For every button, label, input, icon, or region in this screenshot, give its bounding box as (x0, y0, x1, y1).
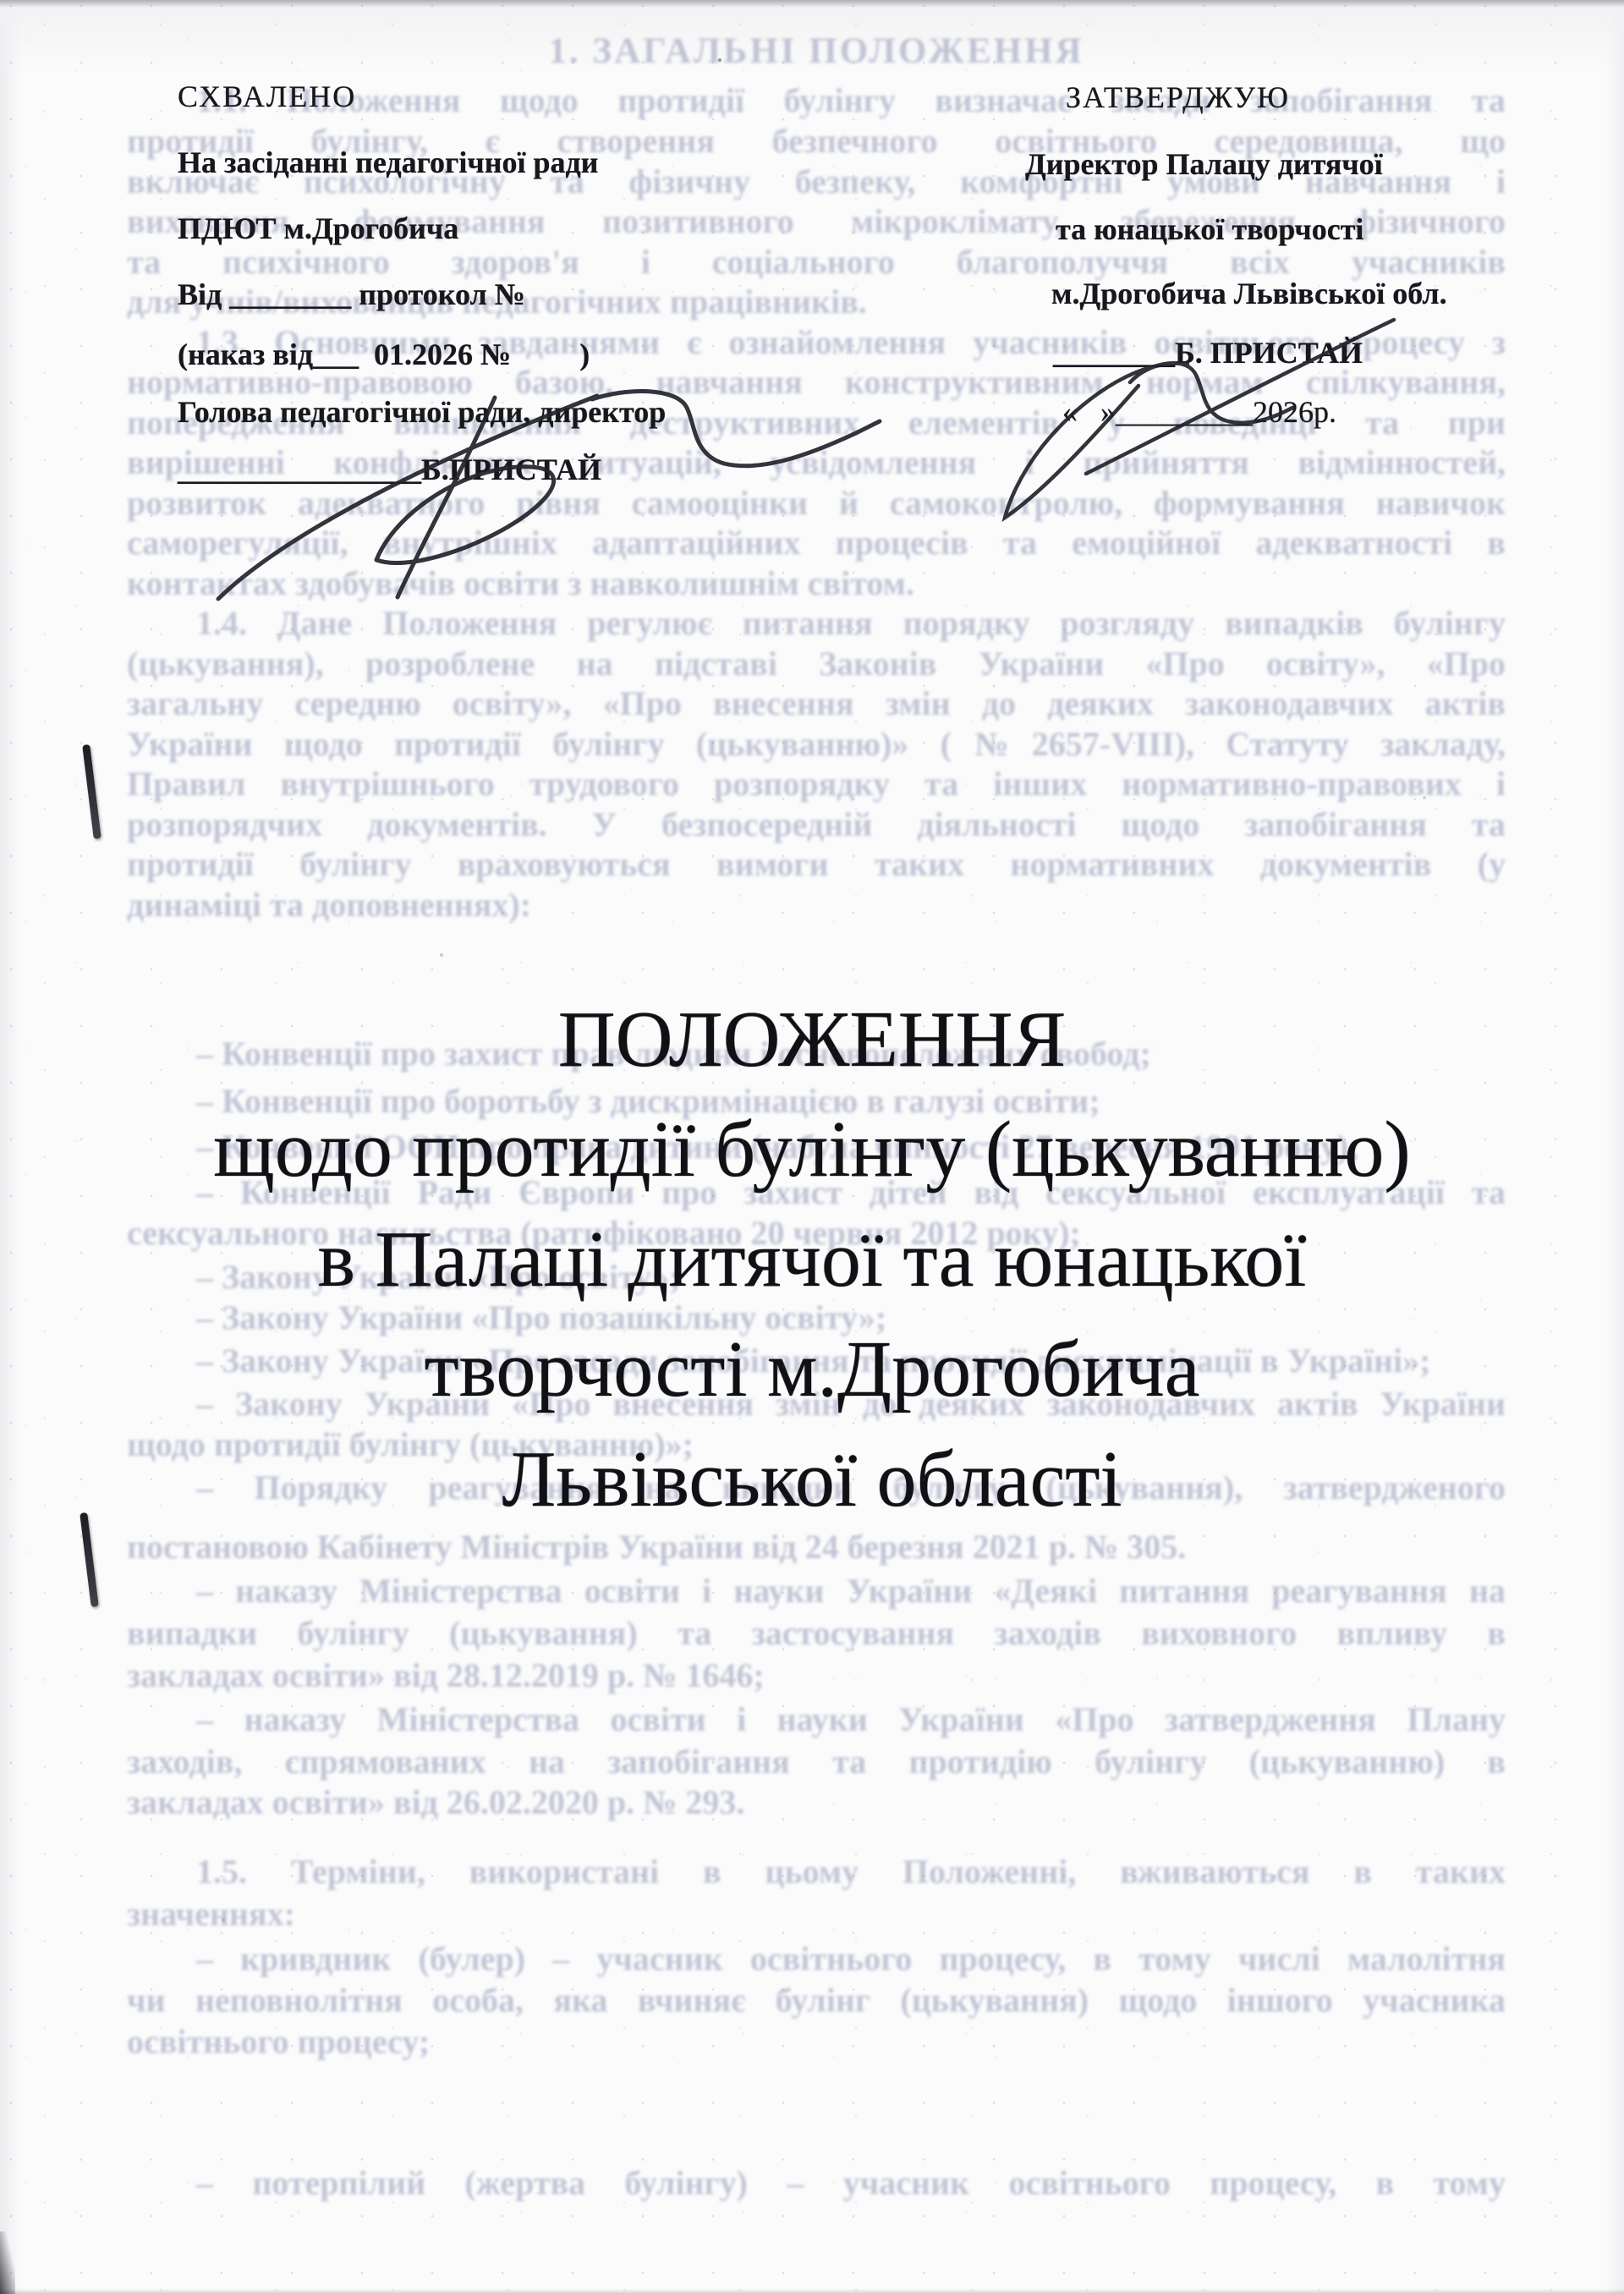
affirm-date-line: « »_________2026р. (1062, 396, 1336, 430)
affirm-signature-name: ________Б. ПРИСТАЙ (1053, 337, 1363, 370)
bleedthrough-line: випадки булінгу (цькування) та застосува… (127, 1616, 1506, 1651)
title-line: в Палаці дитячої та юнацької (0, 1220, 1624, 1299)
scan-edge-top (0, 0, 1624, 8)
bleedthrough-line: 1.4. Дане Положення регулює питання поря… (127, 606, 1506, 641)
approved-signature-name: ________________Б.ПРИСТАЙ (178, 453, 601, 487)
bleedthrough-line: закладах освіти» від 26.02.2020 р. № 293… (127, 1785, 1506, 1820)
bleedthrough-line: – наказу Міністерства освіти і науки Укр… (127, 1702, 1506, 1737)
bleedthrough-line: (цькування), розроблене на підставі Зако… (127, 646, 1506, 682)
dust-speck (222, 1918, 225, 1922)
bleedthrough-line: саморегуляції, внутрішніх адаптаційних п… (127, 525, 1506, 561)
staple-mark-bottom (80, 1512, 99, 1607)
title-line: Львівської області (0, 1440, 1624, 1519)
bleedthrough-line: 1. ЗАГАЛЬНІ ПОЛОЖЕННЯ (127, 32, 1506, 70)
dust-speck (440, 953, 443, 957)
bleedthrough-line: значеннях: (127, 1896, 1506, 1932)
approved-line-chair: Голова педагогічної ради, директор (178, 396, 666, 430)
bleedthrough-line: України щодо протидії булінгу (цькуванню… (127, 727, 1506, 762)
bleedthrough-line: – кривдник (булер) – учасник освітнього … (127, 1941, 1506, 1977)
bleedthrough-line: та психічного здоров'я і соціального бла… (127, 244, 1506, 280)
scanned-document-page: 1. ЗАГАЛЬНІ ПОЛОЖЕННЯ1.1. Положення щодо… (0, 0, 1624, 2294)
bleedthrough-line: чи неповнолітня особа, яка вчиняє булінг… (127, 1983, 1506, 2018)
bleedthrough-line: загальну середню освіту», «Про внесення … (127, 686, 1506, 722)
affirm-line-creativity: та юнацької творчості (1056, 213, 1363, 247)
approved-line-protocol: Від ________ протокол № (178, 278, 525, 312)
title-line: творчості м.Дрогобича (0, 1330, 1624, 1409)
affirm-label: ЗАТВЕРДЖУЮ (1066, 81, 1290, 115)
bleedthrough-line: динаміці та доповненнях): (127, 887, 1506, 923)
scan-edge-bottom (0, 2289, 1624, 2294)
staple-mark-top (82, 744, 101, 839)
approved-line-council: На засіданні педагогічної ради (178, 146, 598, 180)
dust-speck (1423, 796, 1426, 799)
bleedthrough-line: розпорядчих документів. У безпосередній … (127, 807, 1506, 842)
approved-label: СХВАЛЕНО (178, 80, 356, 114)
bleedthrough-line: протидії булінгу враховуються вимоги так… (127, 847, 1506, 882)
bleedthrough-line: освітнього процесу; (127, 2024, 1506, 2060)
bleedthrough-line: Правил внутрішнього трудового розпорядку… (127, 766, 1506, 802)
title-line: щодо протидії булінгу (цькуванню) (0, 1110, 1624, 1189)
affirm-line-director: Директор Палацу дитячої (1025, 148, 1383, 182)
bleedthrough-line: заходів, спрямованих на запобігання та п… (127, 1744, 1506, 1780)
bleedthrough-line: – наказу Міністерства освіти і науки Укр… (127, 1573, 1506, 1609)
bleedthrough-line: – потерпілий (жертва булінгу) – учасник … (127, 2165, 1506, 2201)
dust-speck (718, 58, 721, 62)
affirm-line-city: м.Дрогобича Львівської обл. (1051, 277, 1447, 311)
scan-corner-mark (0, 2231, 15, 2294)
bleedthrough-line: 1.5. Терміни, використані в цьому Положе… (127, 1854, 1506, 1890)
approved-line-order: (наказ від___ 01.2026 № ) (178, 338, 590, 372)
title-line: ПОЛОЖЕННЯ (0, 1000, 1624, 1079)
bleedthrough-line: закладах освіти» від 28.12.2019 р. № 164… (127, 1658, 1506, 1693)
bleedthrough-line: постановою Кабінету Міністрів України ві… (127, 1529, 1506, 1565)
bleedthrough-line: розвиток адекватного рівня самооцінки й … (127, 486, 1506, 521)
bleedthrough-line: контактах здобувачів освіти з навколишні… (127, 566, 1506, 601)
approved-line-institution: ПДЮТ м.Дрогобича (178, 212, 458, 246)
